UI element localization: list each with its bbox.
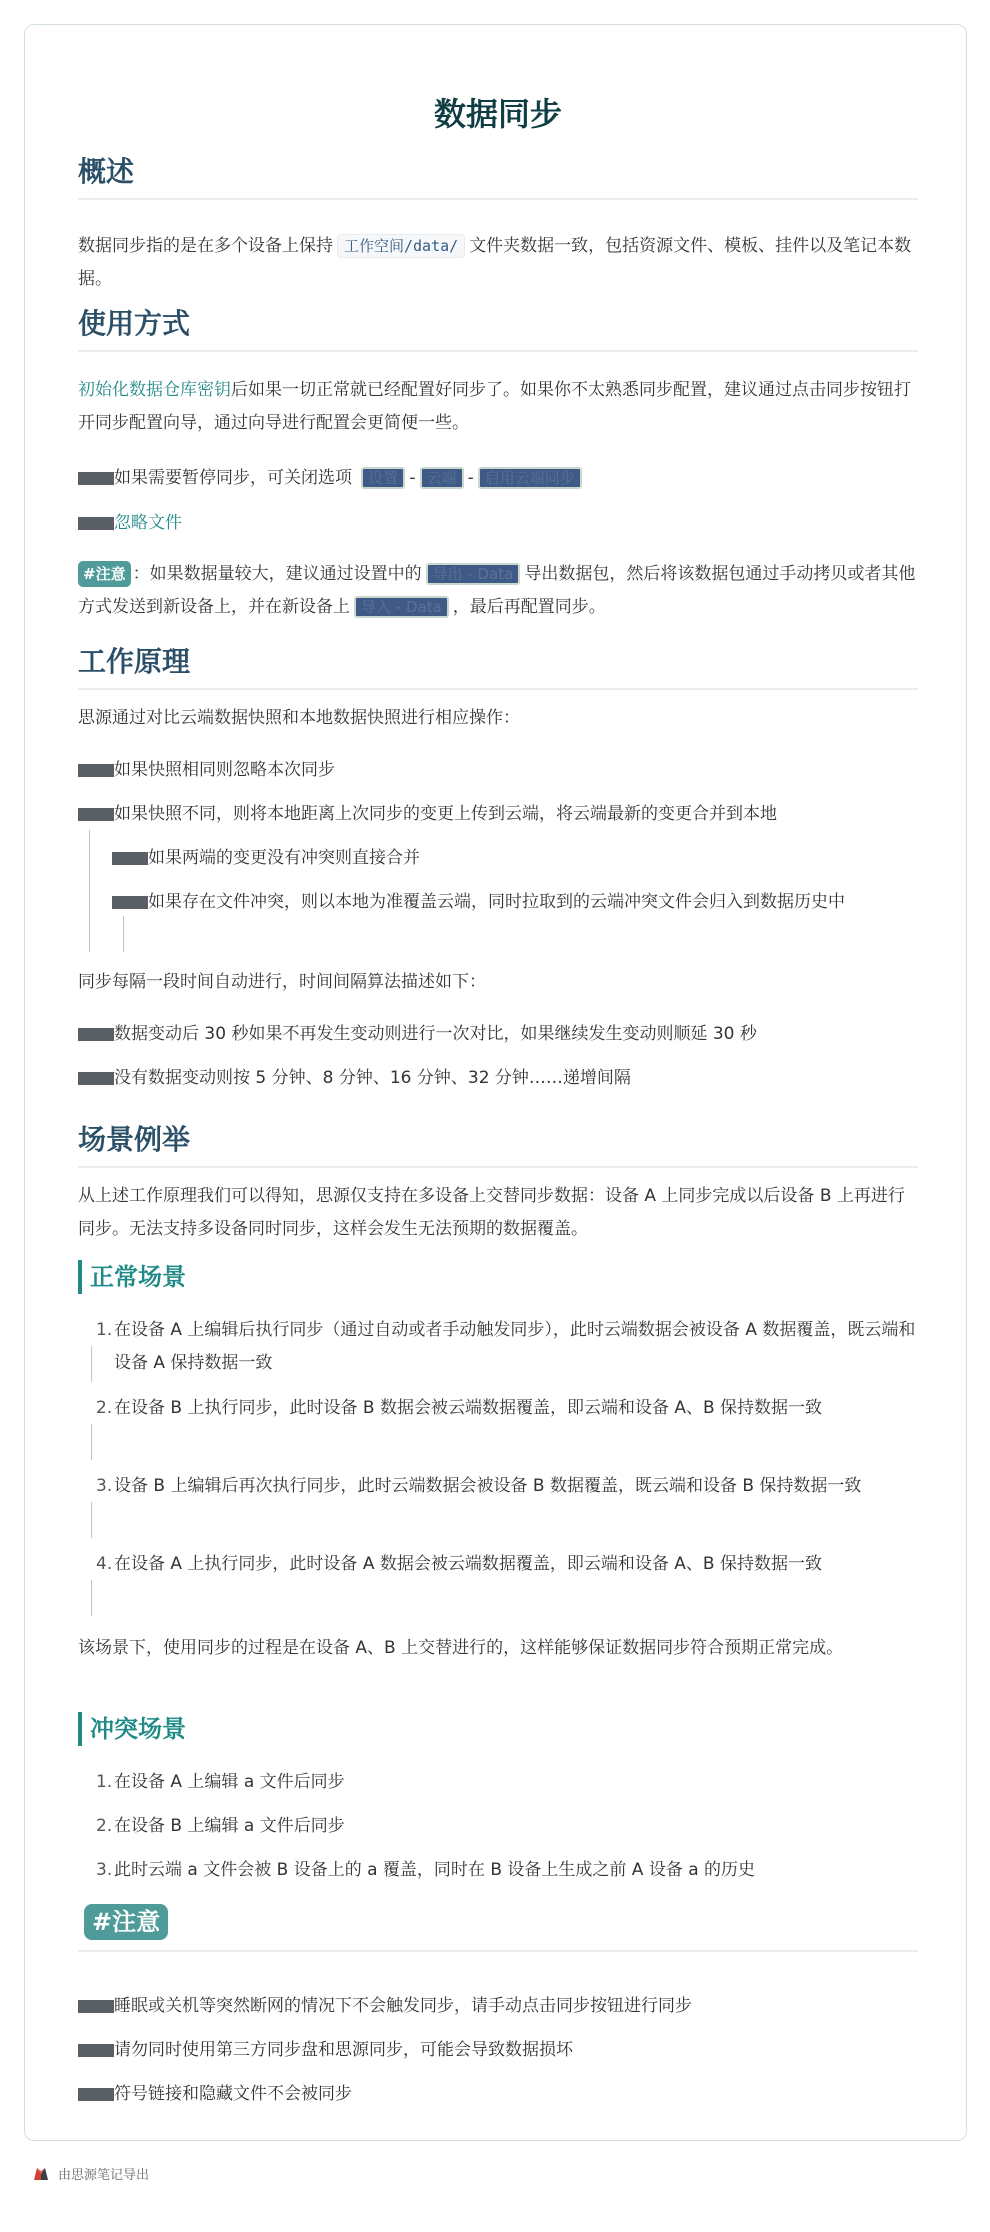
heading-usage: 使用方式 bbox=[78, 304, 918, 352]
scenarios-intro: 从上述工作原理我们可以得知，思源仅支持在多设备上交替同步数据：设备 A 上同步完… bbox=[78, 1180, 918, 1246]
list-number: 1. bbox=[96, 1314, 126, 1347]
ordered-list-item: 3. 设备 B 上编辑后再次执行同步，此时云端数据会被设备 B 数据覆盖，既云端… bbox=[114, 1470, 918, 1503]
usage-paragraph: 初始化数据仓库密钥后如果一切正常就已经配置好同步了。如果你不太熟悉同步配置，建议… bbox=[78, 374, 918, 440]
list-item: 睡眠或关机等突然断网的情况下不会触发同步，请手动点击同步按钮进行同步 bbox=[114, 1990, 692, 2023]
ordered-list-item: 3. 此时云端 a 文件会被 B 设备上的 a 覆盖，同时在 B 设备上生成之前… bbox=[114, 1854, 755, 1887]
separator: - bbox=[468, 468, 474, 488]
ordered-list-item: 2. 在设备 B 上编辑 a 文件后同步 bbox=[114, 1810, 345, 1843]
link-init-repo-key[interactable]: 初始化数据仓库密钥 bbox=[78, 380, 231, 400]
tag-notice-heading[interactable]: #注意 bbox=[84, 1904, 168, 1940]
principle-intro: 思源通过对比云端数据快照和本地数据快照进行相应操作： bbox=[78, 702, 918, 735]
footer-text: 由思源笔记导出 bbox=[58, 2164, 149, 2183]
sub-list-item: 如果存在文件冲突，则以本地为准覆盖云端，同时拉取到的云端冲突文件会归入到数据历史… bbox=[148, 886, 918, 919]
kbd-cloud: 云端 bbox=[420, 467, 464, 489]
heading-conflict-scenario: 冲突场景 bbox=[78, 1712, 186, 1746]
list-item-text: 在设备 A 上编辑后执行同步（通过自动或者手动触发同步），此时云端数据会被设备 … bbox=[114, 1320, 915, 1373]
list-guide-line bbox=[91, 1580, 92, 1616]
list-item-text: 在设备 A 上编辑 a 文件后同步 bbox=[114, 1772, 345, 1792]
heading-notice: #注意 bbox=[78, 1900, 918, 1952]
kbd-export-data: 导出 - Data bbox=[426, 563, 521, 585]
list-item: 数据变动后 30 秒如果不再发生变动则进行一次对比，如果继续发生变动则顺延 30… bbox=[114, 1018, 757, 1051]
ordered-list-item: 4. 在设备 A 上执行同步，此时设备 A 数据会被云端数据覆盖，即云端和设备 … bbox=[114, 1548, 918, 1581]
list-guide-line bbox=[123, 916, 124, 952]
list-number: 2. bbox=[96, 1810, 126, 1843]
tag-notice[interactable]: #注意 bbox=[78, 561, 131, 587]
separator: - bbox=[409, 468, 415, 488]
list-item-text: 在设备 B 上编辑 a 文件后同步 bbox=[114, 1816, 345, 1836]
ordered-list-item: 1. 在设备 A 上编辑 a 文件后同步 bbox=[114, 1766, 345, 1799]
heading-normal-scenario: 正常场景 bbox=[78, 1260, 186, 1294]
bullet-icon bbox=[78, 2088, 114, 2101]
list-guide-line bbox=[89, 830, 90, 952]
normal-summary: 该场景下，使用同步的过程是在设备 A、B 上交替进行的，这样能够保证数据同步符合… bbox=[78, 1632, 918, 1665]
page-title: 数据同步 bbox=[78, 92, 918, 136]
bullet-icon bbox=[78, 472, 114, 485]
siyuan-logo-icon bbox=[34, 2168, 48, 2180]
list-number: 3. bbox=[96, 1854, 126, 1887]
inline-code-path: 工作空间/data/ bbox=[337, 234, 465, 258]
bullet-icon bbox=[78, 2000, 114, 2013]
list-item-text: 如果快照不同，则将本地距离上次同步的变更上传到云端，将云端最新的变更合并到本地 bbox=[114, 804, 777, 824]
list-item: 如果快照相同则忽略本次同步 bbox=[114, 754, 335, 787]
list-guide-line bbox=[91, 1424, 92, 1460]
list-number: 1. bbox=[96, 1766, 126, 1799]
list-item-text: 如果存在文件冲突，则以本地为准覆盖云端，同时拉取到的云端冲突文件会归入到数据历史… bbox=[148, 892, 845, 912]
bullet-icon bbox=[78, 1072, 114, 1085]
list-item: 如果需要暂停同步，可关闭选项 设置-云端-启用云端同步 bbox=[114, 462, 586, 495]
kbd-import-data: 导入 - Data bbox=[354, 596, 449, 618]
export-footer: 由思源笔记导出 bbox=[34, 2164, 149, 2183]
list-item-text: 没有数据变动则按 5 分钟、8 分钟、16 分钟、32 分钟……递增间隔 bbox=[114, 1068, 631, 1088]
bullet-icon bbox=[112, 852, 148, 865]
list-number: 4. bbox=[96, 1548, 126, 1581]
list-item-text: 睡眠或关机等突然断网的情况下不会触发同步，请手动点击同步按钮进行同步 bbox=[114, 1996, 692, 2016]
bullet-icon bbox=[78, 517, 114, 530]
list-item: 请勿同时使用第三方同步盘和思源同步，可能会导致数据损坏 bbox=[114, 2034, 573, 2067]
note-text: ，最后再配置同步。 bbox=[453, 597, 606, 617]
heading-principle: 工作原理 bbox=[78, 642, 918, 690]
sub-list-item: 如果两端的变更没有冲突则直接合并 bbox=[148, 842, 420, 875]
bullet-icon bbox=[78, 764, 114, 777]
list-item-text: 如果快照相同则忽略本次同步 bbox=[114, 760, 335, 780]
list-number: 2. bbox=[96, 1392, 126, 1425]
bullet-icon bbox=[78, 808, 114, 821]
list-guide-line bbox=[91, 1346, 92, 1382]
bullet-icon bbox=[78, 2044, 114, 2057]
list-item-text: 符号链接和隐藏文件不会被同步 bbox=[114, 2084, 352, 2104]
overview-text: 数据同步指的是在多个设备上保持 bbox=[78, 236, 333, 256]
list-item: 没有数据变动则按 5 分钟、8 分钟、16 分钟、32 分钟……递增间隔 bbox=[114, 1062, 631, 1095]
list-item-text: 设备 B 上编辑后再次执行同步，此时云端数据会被设备 B 数据覆盖，既云端和设备… bbox=[114, 1476, 861, 1496]
list-item-text: 如果需要暂停同步，可关闭选项 bbox=[114, 468, 352, 488]
ordered-list-item: 2. 在设备 B 上执行同步，此时设备 B 数据会被云端数据覆盖，即云端和设备 … bbox=[114, 1392, 918, 1425]
note-text: ：如果数据量较大，建议通过设置中的 bbox=[133, 564, 422, 584]
list-guide-line bbox=[91, 1502, 92, 1538]
list-item: 符号链接和隐藏文件不会被同步 bbox=[114, 2078, 352, 2111]
heading-scenarios: 场景例举 bbox=[78, 1120, 918, 1168]
note-paragraph: #注意：如果数据量较大，建议通过设置中的导出 - Data导出数据包，然后将该数… bbox=[78, 558, 918, 624]
bullet-icon bbox=[112, 896, 148, 909]
list-item: 如果快照不同，则将本地距离上次同步的变更上传到云端，将云端最新的变更合并到本地 bbox=[114, 798, 777, 831]
kbd-settings: 设置 bbox=[361, 467, 405, 489]
list-item-text: 如果两端的变更没有冲突则直接合并 bbox=[148, 848, 420, 868]
bullet-icon bbox=[78, 1028, 114, 1041]
list-item-text: 请勿同时使用第三方同步盘和思源同步，可能会导致数据损坏 bbox=[114, 2040, 573, 2060]
ordered-list-item: 1. 在设备 A 上编辑后执行同步（通过自动或者手动触发同步），此时云端数据会被… bbox=[114, 1314, 918, 1380]
list-number: 3. bbox=[96, 1470, 126, 1503]
heading-overview: 概述 bbox=[78, 152, 918, 200]
link-ignore-files[interactable]: 忽略文件 bbox=[114, 513, 182, 533]
kbd-enable-cloud-sync: 启用云端同步 bbox=[478, 467, 582, 489]
list-item-text: 数据变动后 30 秒如果不再发生变动则进行一次对比，如果继续发生变动则顺延 30… bbox=[114, 1024, 757, 1044]
overview-paragraph: 数据同步指的是在多个设备上保持工作空间/data/文件夹数据一致，包括资源文件、… bbox=[78, 230, 918, 296]
list-item-text: 此时云端 a 文件会被 B 设备上的 a 覆盖，同时在 B 设备上生成之前 A … bbox=[114, 1860, 755, 1880]
interval-intro: 同步每隔一段时间自动进行，时间间隔算法描述如下： bbox=[78, 966, 918, 999]
list-item-text: 在设备 A 上执行同步，此时设备 A 数据会被云端数据覆盖，即云端和设备 A、B… bbox=[114, 1554, 822, 1574]
list-item: 忽略文件 bbox=[114, 507, 182, 540]
list-item-text: 在设备 B 上执行同步，此时设备 B 数据会被云端数据覆盖，即云端和设备 A、B… bbox=[114, 1398, 822, 1418]
